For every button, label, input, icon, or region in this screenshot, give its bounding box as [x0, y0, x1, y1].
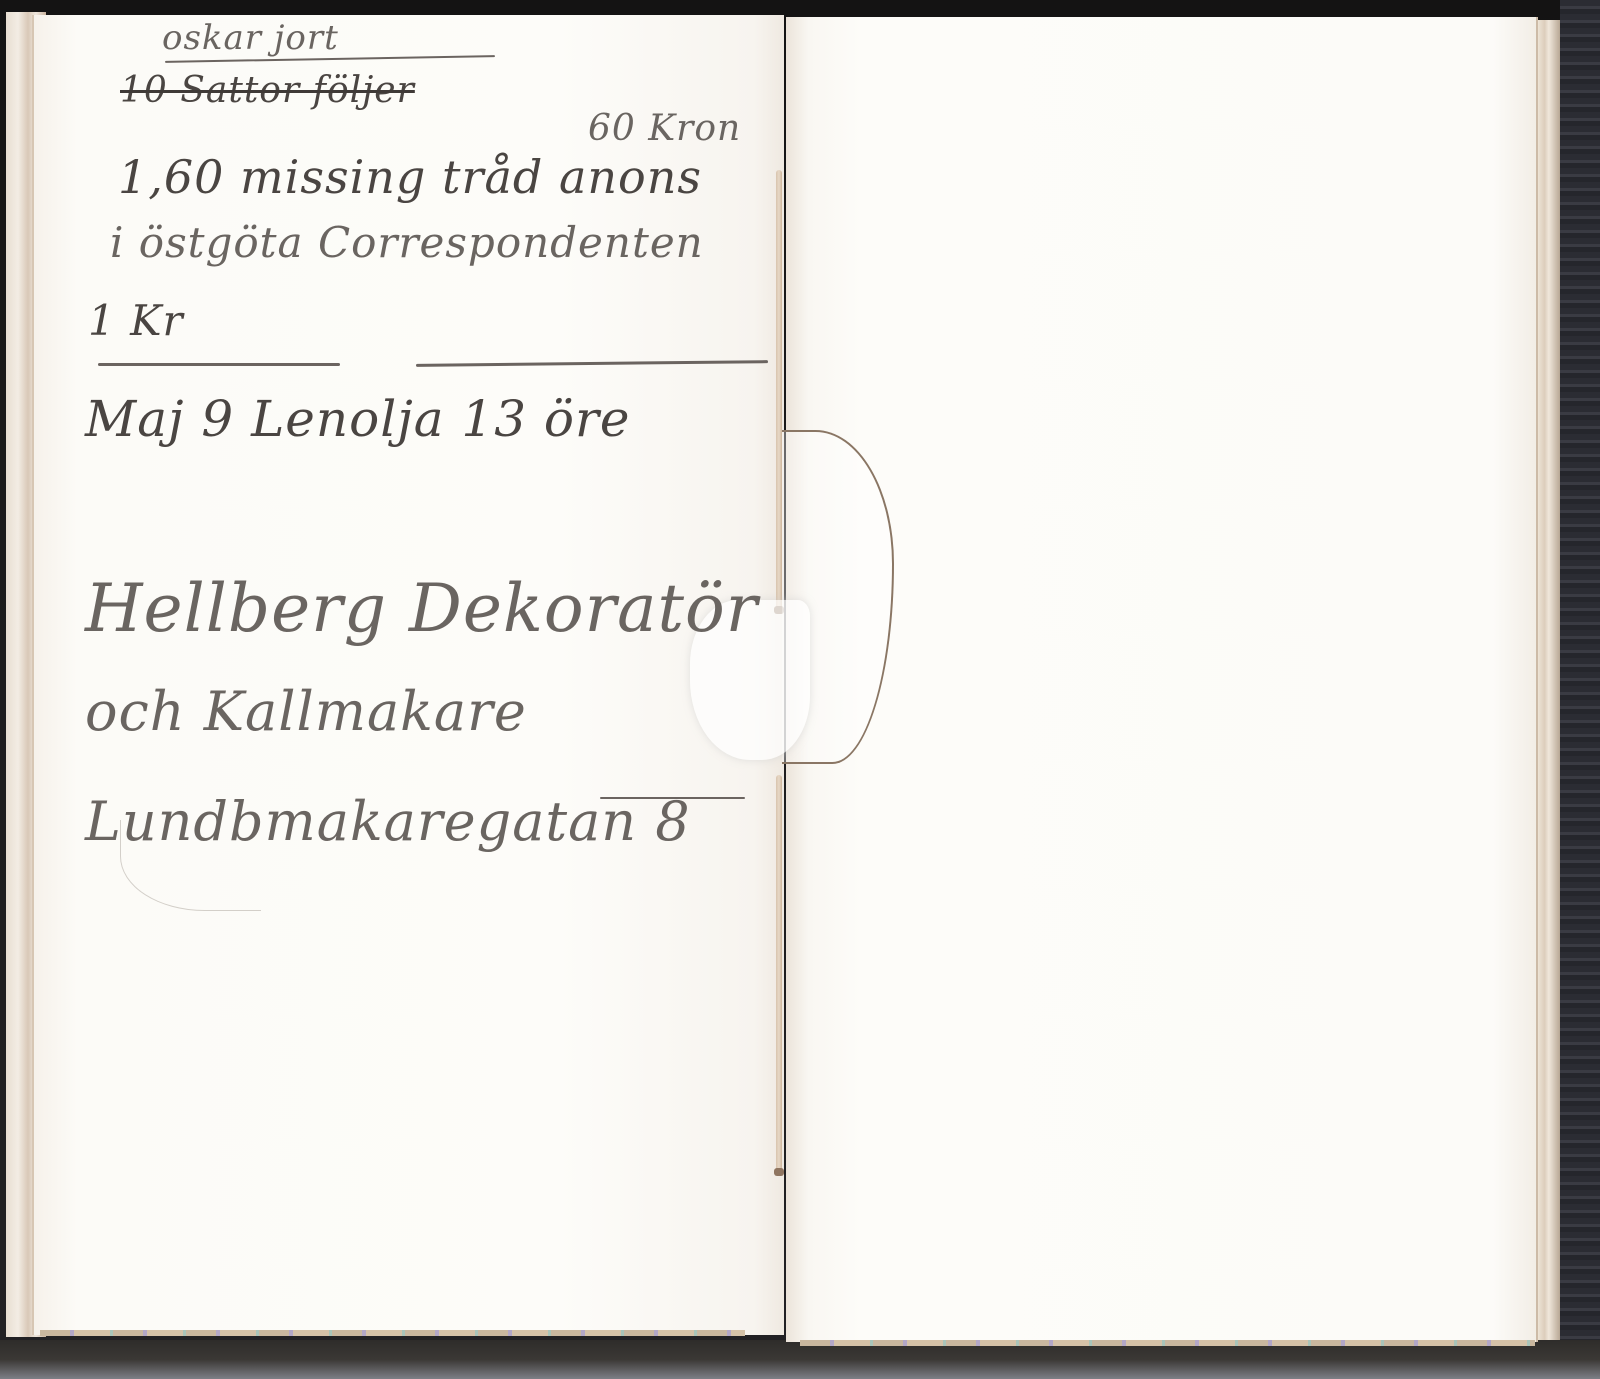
struck-entry: 10 Sattor följer: [120, 70, 415, 111]
expense-entry-continued: i östgöta Correspondenten: [110, 218, 704, 267]
left-page-gilt-edge: [40, 1330, 745, 1336]
address-name: Hellberg Dekoratör: [85, 570, 758, 647]
right-page: [786, 17, 1538, 1342]
divider-line: [98, 363, 340, 366]
binding-thread: [776, 775, 782, 1175]
handwritten-insert: oskar jort: [162, 18, 339, 58]
address-street: Lundbmakaregatan 8: [85, 790, 691, 853]
amount-entry: 60 Kron: [588, 108, 741, 149]
expense-entry: 1,60 missing tråd anons: [118, 150, 702, 204]
address-occupation: och Kallmakare: [85, 680, 527, 743]
expense-amount: 1 Kr: [88, 296, 184, 345]
binding-stitch: [774, 1168, 784, 1176]
cover-edge: [1560, 0, 1600, 1360]
dated-entry: Maj 9 Lenolja 13 öre: [85, 390, 631, 448]
right-page-gilt-edge: [800, 1340, 1535, 1346]
left-page: [32, 15, 784, 1335]
